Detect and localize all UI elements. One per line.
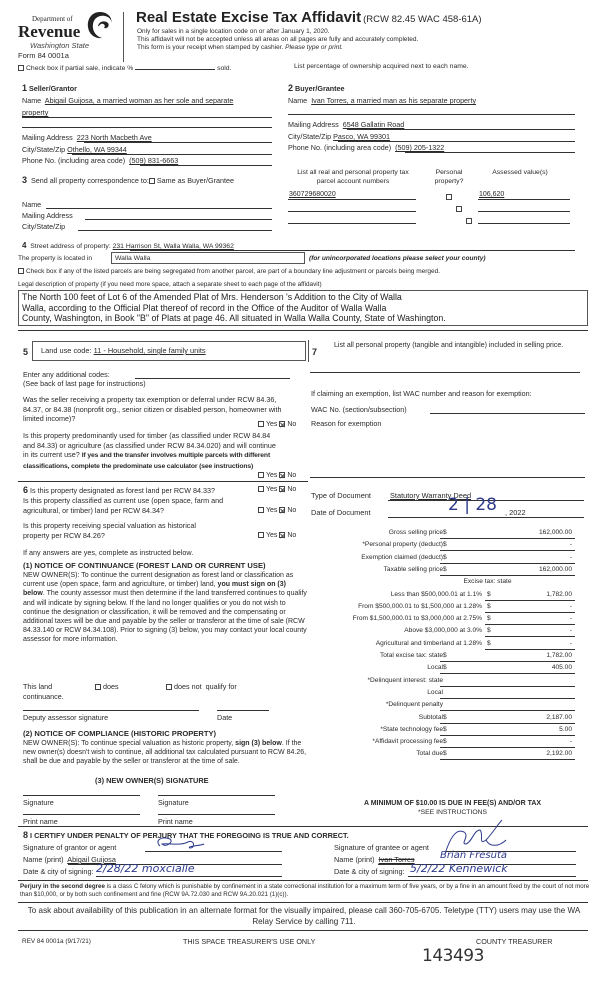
dollar-sign: $ [443, 664, 447, 671]
perjury-top-divider [18, 880, 588, 881]
section-divider [18, 330, 588, 331]
tax-row-value[interactable]: - [570, 738, 572, 745]
land-use-code-label: Land use code: [41, 346, 92, 355]
treasurer-space-label: THIS SPACE TREASURER'S USE ONLY [183, 937, 315, 946]
owner-print-label-1: Print name [23, 817, 58, 826]
tax-row-label: From $500,000.01 to $1,500,000 at 1.28% [358, 603, 482, 610]
forest-q2-no-checkbox[interactable] [279, 507, 285, 513]
forest-q3-yes-checkbox[interactable] [258, 532, 264, 538]
grantee-date-label: Date & city of signing: [334, 867, 405, 876]
notice2-text-a: NEW OWNER(S): To continue special valuat… [23, 740, 233, 747]
exemption-no-checkbox[interactable] [279, 421, 285, 427]
segregated-label: Check box if any of the listed parcels a… [26, 268, 440, 275]
tax-row-label: Exemption claimed (deduct) [361, 554, 443, 561]
timber-no-checkbox[interactable] [279, 472, 285, 478]
no-label: No [287, 532, 296, 539]
corr-mailing-field[interactable] [85, 219, 272, 220]
section-number: 1 [22, 83, 27, 93]
tax-row-label: Local [427, 689, 443, 696]
legal-description-field[interactable]: The North 100 feet of Lot 6 of the Amend… [18, 290, 588, 326]
seller-name-value: Abigail Guijosa, a married woman as her … [45, 96, 234, 105]
grantee-date-handwritten[interactable]: 5/2/22 Kennewick [410, 862, 508, 875]
washington-state-text: Washington State [30, 41, 89, 50]
tax-row: Above $3,000,000 at 3.0% $ - [305, 625, 600, 637]
rev-number: REV 84 0001a (9/17/21) [22, 938, 91, 945]
seller-city-value: Othello, WA 99344 [67, 145, 127, 154]
title-text: Real Estate Excise Tax Affidavit [136, 9, 361, 26]
located-in-label: The property is located in [18, 255, 92, 262]
land-use-code-box[interactable]: Land use code: 11 - Household, single fa… [32, 341, 306, 361]
tax-row-value[interactable]: 162,000.00 [539, 566, 572, 573]
legal-line-3: County, Washington, in Book "B" of Plats… [22, 313, 584, 324]
timber-yes-checkbox[interactable] [258, 472, 264, 478]
assessed-value-underline [478, 211, 570, 212]
note3-text: This form is your receipt when stamped b… [137, 44, 283, 51]
parcel-number-underline [288, 211, 416, 212]
dollar-sign: $ [443, 554, 447, 561]
grantor-date-handwritten[interactable]: 2/28/22 moxcialle [96, 862, 195, 875]
current-use-question: Is this property classified as current u… [23, 496, 253, 515]
new-owner-signature-title: (3) NEW OWNER(S) SIGNATURE [95, 776, 209, 785]
tax-row-value[interactable]: - [570, 541, 572, 548]
buyer-title: Buyer/Grantee [295, 84, 345, 93]
tax-row-label: Taxable selling price [384, 566, 443, 573]
seller-mailing-label: Mailing Address [22, 133, 73, 142]
dollar-sign: $ [443, 714, 447, 721]
yes-label: Yes [266, 472, 277, 479]
tax-row: Total excise tax: state $ 1,782.00 [305, 650, 600, 662]
land-use-code-value: 11 - Household, single family units [94, 346, 206, 355]
tax-row-value[interactable]: 405.00 [552, 664, 572, 671]
buyer-mailing-field[interactable]: Mailing Address 6548 Gallatin Road [288, 120, 404, 129]
tax-row-label: Agricultural and timberland at 1.28% [376, 640, 482, 647]
exemption-question: Was the seller receiving a property tax … [23, 395, 283, 424]
additional-codes-label: Enter any additional codes: [23, 370, 110, 379]
title-ref: (RCW 82.45 WAC 458-61A) [363, 14, 481, 25]
no-label: No [287, 421, 296, 428]
seller-phone-label: Phone No. (including area code) [22, 156, 125, 165]
forest-q3-yes-no: Yes No [258, 532, 296, 539]
does-not-label: does not [174, 682, 202, 691]
personal-property-label: List all personal property (tangible and… [334, 342, 589, 351]
dollar-sign: $ [443, 529, 447, 536]
legal-description-label: Legal description of property (if you ne… [18, 281, 322, 288]
seller-phone-underline [140, 165, 272, 166]
forest-q1-text: Is this property designated as forest la… [30, 486, 215, 495]
does-checkbox[interactable] [95, 684, 101, 690]
header-divider [123, 12, 124, 62]
note3-italic: Please type or print. [285, 44, 343, 51]
forest-q1-yes-checkbox[interactable] [258, 486, 264, 492]
receipt-number-handwritten: 143493 [422, 946, 484, 966]
buyer-name-label: Name [288, 96, 307, 105]
header-note-1: Only for sales in a single location code… [137, 28, 330, 35]
tax-row-label: *Delinquent penalty [386, 701, 443, 708]
tax-row-label: Subtotal [419, 714, 443, 721]
seller-mailing-underline [84, 142, 272, 143]
section-7-bar [308, 340, 309, 362]
dollar-sign: $ [443, 566, 447, 573]
tax-row: Gross selling price $ 162,000.00 [305, 527, 600, 539]
does-not-checkbox[interactable] [166, 684, 172, 690]
tax-row-label: *Affidavit processing fee [372, 738, 443, 745]
minimum-due-note: A MINIMUM OF $10.00 IS DUE IN FEE(S) AND… [305, 800, 600, 807]
dollar-sign: $ [487, 640, 491, 647]
corr-name-field[interactable] [46, 208, 272, 209]
partial-sale-checkbox[interactable] [18, 65, 24, 71]
grantee-name-label: Name (print) [334, 855, 375, 864]
grantee-name-handwritten[interactable]: Brian Fresuta [440, 850, 507, 861]
deputy-date-label: Date [217, 713, 232, 722]
does-not-option: does not qualify for [166, 682, 237, 691]
street-address-label: Street address of property: [30, 243, 110, 250]
accessibility-notice: To ask about availability of this public… [24, 906, 584, 927]
personal-col-header: Personal property? [428, 169, 470, 186]
tax-row-label: Above $3,000,000 at 3.0% [404, 627, 482, 634]
owner-print-field-1[interactable] [23, 814, 140, 815]
notice2-bold: sign (3) below [235, 740, 282, 747]
tax-row-value[interactable]: - [570, 554, 572, 561]
parcel-number[interactable]: 360729680020 [289, 191, 336, 198]
additional-codes-note: (See back of last page for instructions) [23, 379, 146, 388]
exemption-label: If claiming an exemption, list WAC numbe… [311, 389, 532, 398]
forest-q1-no-checkbox[interactable] [279, 486, 285, 492]
section-number: 2 [288, 83, 293, 93]
buyer-city-underline [338, 141, 575, 142]
seller-mailing-field[interactable]: Mailing Address 223 North Macbeth Ave [22, 133, 152, 142]
owner-signature-label-2: Signature [158, 798, 189, 807]
street-address-row[interactable]: 4 Street address of property: 231 Harris… [22, 241, 234, 250]
county-select[interactable]: Walla Walla [111, 252, 305, 264]
notice-compliance-text: NEW OWNER(S): To continue special valuat… [23, 739, 308, 767]
buyer-phone-label: Phone No. (including area code) [288, 143, 391, 152]
forest-land-question: 6 Is this property designated as forest … [23, 485, 215, 495]
tax-row-label: Less than $500,000.01 at 1.1% [391, 591, 482, 598]
seller-section: 1 Seller/Grantor [22, 83, 272, 93]
perjury-notice: Perjury in the second degree is a class … [20, 883, 590, 899]
forest-q2-yes-no: Yes No [258, 507, 296, 514]
wac-label: WAC No. (section/subsection) [311, 405, 407, 414]
doc-type-label: Type of Document [311, 491, 371, 500]
partial-sale-row: Check box if partial sale, indicate % so… [18, 63, 231, 72]
partial-sale-suffix: sold. [217, 65, 231, 72]
tax-row-label: From $1,500,000.01 to $3,000,000 at 2.75… [353, 615, 482, 622]
legal-line-1: The North 100 feet of Lot 6 of the Amend… [22, 292, 584, 303]
reason-label: Reason for exemption [311, 419, 381, 428]
grantee-name-row[interactable]: Name (print) Ivan Torres [334, 855, 415, 864]
see-instructions-note: *SEE INSTRUCTIONS [305, 809, 600, 816]
personal-property-checkbox[interactable] [456, 206, 462, 212]
seller-name-line2[interactable]: property [22, 108, 48, 117]
tax-row-label: Gross selling price [389, 529, 443, 536]
buyer-heading: 2 Buyer/Grantee [288, 83, 345, 93]
buyer-mailing-label: Mailing Address [288, 120, 339, 129]
deputy-signature-field[interactable] [23, 710, 199, 711]
assessed-value[interactable]: 106,620 [479, 191, 504, 198]
tax-row-value[interactable]: - [570, 615, 572, 622]
seller-title: Seller/Grantor [29, 84, 77, 93]
buyer-name-field[interactable]: Name Ivan Torres, a married man as his s… [288, 96, 476, 105]
corr-mailing-label: Mailing Address [22, 211, 73, 220]
corr-city-field[interactable] [78, 230, 272, 231]
tax-row: *State technology fee $ 5.00 [305, 724, 600, 736]
owner-print-label-2: Print name [158, 817, 193, 826]
buyer-city-label: City/State/Zip [288, 132, 331, 141]
street-address-value: 231 Harrison St, Walla Walla, WA 99362 [113, 243, 234, 250]
doc-year: , 2022 [505, 508, 526, 517]
tax-row-underline [440, 759, 575, 760]
tax-row-label: *Delinquent interest: state [367, 677, 443, 684]
tax-row: *Delinquent interest: state [305, 675, 600, 687]
no-label: No [287, 486, 296, 493]
section-5-divider [18, 481, 308, 482]
seller-name-underline-2 [22, 127, 272, 128]
wave-logo-icon [86, 10, 114, 40]
grantor-name-label: Name (print) [23, 855, 64, 864]
tax-row-label: Local [427, 664, 443, 671]
parcel-table: 360729680020 106,620 [0, 0, 600, 9]
same-as-buyer-label: Same as Buyer/Grantee [157, 176, 234, 185]
form-number: Form 84 0001a [18, 51, 69, 60]
tax-row-value[interactable]: 2,192.00 [546, 750, 572, 757]
perjury-bold: Perjury in the second degree [20, 883, 105, 890]
owner-signature-field-2[interactable] [158, 795, 275, 796]
grantor-date-label: Date & city of signing: [23, 867, 94, 876]
county-select-value: Walla Walla [115, 255, 150, 262]
doc-date-handwritten[interactable]: 2 | 28 [448, 495, 497, 515]
does-option: does [95, 682, 119, 691]
forest-q3-no-checkbox[interactable] [279, 532, 285, 538]
section-5-number: 5 [23, 347, 28, 357]
exemption-yes-no: Yes No [258, 421, 296, 428]
this-land-label: This land [23, 682, 52, 691]
corr-city-label: City/State/Zip [22, 222, 65, 231]
buyer-city-field[interactable]: City/State/Zip Pasco, WA 99301 [288, 132, 390, 141]
buyer-mailing-underline [347, 129, 575, 130]
seller-city-underline [72, 154, 272, 155]
owner-print-field-2[interactable] [158, 814, 275, 815]
tax-row: Subtotal $ 2,187.00 [305, 712, 600, 724]
timber-question: Is this property predominantly used for … [23, 431, 283, 471]
assessed-value-underline [478, 199, 570, 200]
seller-name-underline [22, 117, 272, 118]
personal-property-field[interactable] [310, 372, 580, 373]
same-as-buyer-checkbox[interactable] [149, 178, 155, 184]
buyer-mailing-value: 6548 Gallatin Road [343, 120, 405, 129]
deputy-date-field[interactable] [217, 710, 269, 711]
continuance-label: continuance. [23, 692, 64, 701]
tax-row: Exemption claimed (deduct) $ - [305, 552, 600, 564]
correspondence-heading: 3 Send all property correspondence to:Sa… [22, 175, 234, 185]
located-note: (for unincorporated locations please sel… [309, 255, 486, 262]
tax-row-value[interactable]: 2,187.00 [546, 714, 572, 721]
tax-row-label: Total excise tax: state [380, 652, 443, 659]
dollar-sign: $ [443, 726, 447, 733]
if-yes-note: If any answers are yes, complete as inst… [23, 548, 193, 557]
section-7-number: 7 [312, 347, 317, 357]
dollar-sign: $ [443, 541, 447, 548]
tax-row: From $1,500,000.01 to $3,000,000 at 2.75… [305, 613, 600, 625]
personal-property-checkbox[interactable] [466, 218, 472, 224]
yes-label: Yes [266, 486, 277, 493]
qualify-label: qualify for [206, 682, 237, 691]
grantor-date-underline [96, 876, 282, 877]
dollar-sign: $ [487, 603, 491, 610]
no-label: No [287, 507, 296, 514]
partial-sale-label: Check box if partial sale, indicate % [26, 65, 133, 72]
tax-row: *Delinquent penalty [305, 699, 600, 711]
tax-row-label: *State technology fee [380, 726, 443, 733]
partial-sale-percent-field[interactable] [135, 63, 215, 70]
section-number: 4 [22, 241, 26, 250]
segregated-checkbox[interactable] [18, 268, 24, 274]
assessed-col-header: Assessed value(s) [490, 169, 550, 178]
dollar-sign: $ [487, 615, 491, 622]
ownership-note: List percentage of ownership acquired ne… [294, 63, 469, 70]
tax-row: *Affidavit processing fee $ - [305, 736, 600, 748]
county-treasurer-label: COUNTY TREASURER [476, 937, 552, 946]
header-note-2: This affidavit will not be accepted unle… [137, 36, 418, 43]
tax-row: Agricultural and timberland at 1.28% $ - [305, 638, 600, 650]
tax-row-value[interactable]: - [570, 603, 572, 610]
footer-divider [18, 930, 588, 931]
seller-name-label: Name [22, 96, 41, 105]
revenue-text: Revenue [18, 22, 80, 42]
legal-line-2: Walla, according to the Official Plat th… [22, 303, 584, 314]
parcel-number-underline [288, 223, 416, 224]
notice-compliance-title: (2) NOTICE OF COMPLIANCE (HISTORIC PROPE… [23, 729, 216, 738]
tax-row: Taxable selling price $ 162,000.00 [305, 564, 600, 576]
owner-signature-label-1: Signature [23, 798, 54, 807]
yes-label: Yes [266, 507, 277, 514]
seller-mailing-value: 223 North Macbeth Ave [77, 133, 152, 142]
tax-row-label: *Personal property (deduct) [362, 541, 443, 548]
parcel-number-underline [288, 199, 416, 200]
page-title: Real Estate Excise Tax Affidavit (RCW 82… [136, 9, 482, 26]
notice-continuance-title: (1) NOTICE OF CONTINUANCE (FOREST LAND O… [23, 561, 266, 570]
section-number: 8 [23, 830, 28, 840]
buyer-name-underline [288, 114, 575, 115]
doc-date-underline [388, 517, 584, 518]
dollar-sign: $ [443, 738, 447, 745]
notice-continuance-text: NEW OWNER(S): To continue the current de… [23, 571, 308, 645]
forest-q2-yes-checkbox[interactable] [258, 507, 264, 513]
grantor-signature-label: Signature of grantor or agent [23, 843, 116, 852]
section-number: 6 [23, 485, 28, 495]
tax-row-value[interactable]: - [570, 627, 572, 634]
tax-row: From $500,000.01 to $1,500,000 at 1.28% … [305, 601, 600, 613]
tax-row-value[interactable]: - [570, 640, 572, 647]
seller-phone-value: (509) 831-6663 [129, 156, 178, 165]
doc-date-label: Date of Document [311, 508, 371, 517]
seller-name-field[interactable]: Name Abigail Guijosa, a married woman as… [22, 96, 272, 105]
segregated-row: Check box if any of the listed parcels a… [18, 268, 440, 275]
header-note-3: This form is your receipt when stamped b… [137, 44, 343, 51]
tax-row: Local $ 405.00 [305, 662, 600, 674]
seller-city-field[interactable]: City/State/Zip Othello, WA 99344 [22, 145, 127, 154]
tax-section-label: Excise tax: state [305, 578, 600, 585]
grantee-signature-label: Signature of grantee or agent [334, 843, 429, 852]
reason-field[interactable] [310, 477, 585, 478]
tax-row-value[interactable]: 5.00 [559, 726, 572, 733]
dollar-sign: $ [487, 591, 491, 598]
owner-signature-field-1[interactable] [23, 795, 140, 796]
tax-row: *Personal property (deduct) $ - [305, 539, 600, 551]
grantee-date-underline [408, 876, 576, 877]
buyer-phone-underline [405, 152, 575, 153]
seller-city-label: City/State/Zip [22, 145, 65, 154]
tax-row: Local [305, 687, 600, 699]
grantor-signature-scribble [150, 834, 210, 854]
perjury-text: is a class C felony which is punishable … [20, 883, 589, 898]
tax-row-underline [440, 575, 575, 576]
parcel-col-header: List all real and personal property tax … [288, 169, 418, 186]
assessed-value-underline [478, 223, 570, 224]
tax-row-label: Total due [416, 750, 443, 757]
tax-row: Less than $500,000.01 at 1.1% $ 1,782.00 [305, 589, 600, 601]
forest-q1-yes-no: Yes No [258, 486, 296, 493]
buyer-name-value: Ivan Torres, a married man as his separa… [311, 96, 476, 105]
dollar-sign: $ [443, 750, 447, 757]
yes-label: Yes [266, 532, 277, 539]
deputy-signature-label: Deputy assessor signature [23, 713, 108, 722]
corr-name-label: Name [22, 200, 41, 209]
correspondence-label: Send all property correspondence to: [31, 176, 149, 185]
tax-row-value[interactable]: 162,000.00 [539, 529, 572, 536]
exemption-yes-checkbox[interactable] [258, 421, 264, 427]
tax-row: Total due $ 2,192.00 [305, 748, 600, 760]
additional-codes-field[interactable] [135, 378, 290, 379]
dollar-sign: $ [487, 627, 491, 634]
seller-phone-field[interactable]: Phone No. (including area code) (509) 83… [22, 156, 178, 165]
historical-question: Is this property receiving special valua… [23, 521, 223, 540]
section-number: 3 [22, 175, 27, 185]
dollar-sign: $ [443, 652, 447, 659]
notice1-text-b: . The county assessor must then determin… [23, 590, 307, 643]
no-label: No [287, 472, 296, 479]
buyer-phone-value: (509) 205-1322 [395, 143, 444, 152]
tax-row-value[interactable]: 1,782.00 [546, 591, 572, 598]
buyer-city-value: Pasco, WA 99301 [333, 132, 390, 141]
wac-field[interactable] [430, 413, 585, 414]
personal-property-checkbox[interactable] [446, 194, 452, 200]
buyer-phone-field[interactable]: Phone No. (including area code) (509) 20… [288, 143, 444, 152]
does-label: does [103, 682, 119, 691]
tax-row-value[interactable]: 1,782.00 [546, 652, 572, 659]
yes-label: Yes [266, 421, 277, 428]
timber-yes-no: Yes No [258, 472, 296, 479]
street-address-underline [130, 250, 575, 251]
seller-heading: 1 Seller/Grantor [22, 83, 272, 93]
perjury-bottom-divider [18, 902, 588, 903]
